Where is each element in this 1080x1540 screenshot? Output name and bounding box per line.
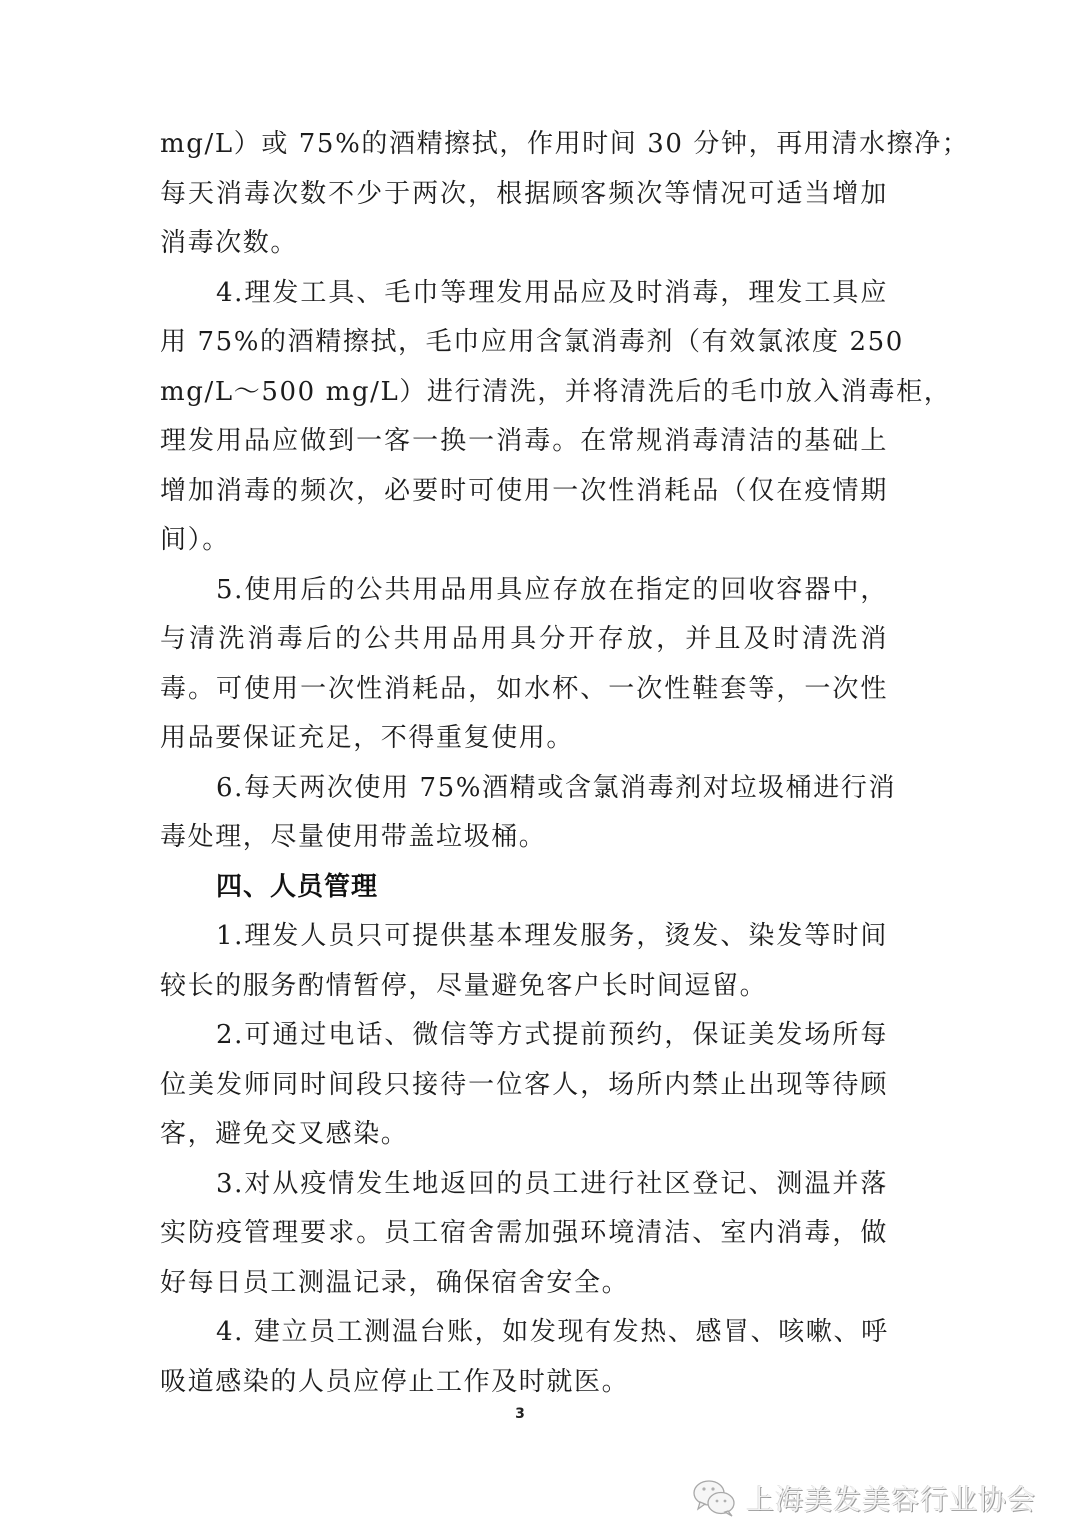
text-line: 每天消毒次数不少于两次，根据顾客频次等情况可适当增加 — [160, 170, 888, 220]
paragraph-personnel-item-4: 4. 建立员工测温台账，如发现有发热、感冒、咳嗽、呼 吸道感染的人员应停止工作及… — [160, 1308, 888, 1407]
text-line: 用品要保证充足，不得重复使用。 — [160, 714, 888, 764]
text-line: 较长的服务酌情暂停，尽量避免客户长时间逗留。 — [160, 962, 888, 1012]
text-line: 4. 建立员工测温台账，如发现有发热、感冒、咳嗽、呼 — [160, 1308, 888, 1358]
text-line: 毒处理，尽量使用带盖垃圾桶。 — [160, 813, 888, 863]
paragraph-item-6-trash-bins: 6.每天两次使用 75%酒精或含氯消毒剂对垃圾桶进行消 毒处理，尽量使用带盖垃圾… — [160, 764, 888, 863]
text-line: 理发用品应做到一客一换一消毒。在常规消毒清洁的基础上 — [160, 417, 888, 467]
text-line: 5.使用后的公共用品用具应存放在指定的回收容器中， — [160, 566, 888, 616]
text-line: 位美发师同时间段只接待一位客人，场所内禁止出现等待顾 — [160, 1061, 888, 1111]
text-line: 2.可通过电话、微信等方式提前预约，保证美发场所每 — [160, 1011, 888, 1061]
text-line: 与清洗消毒后的公共用品用具分开存放，并且及时清洗消 — [160, 615, 888, 665]
text-line: 客，避免交叉感染。 — [160, 1110, 888, 1160]
text-line: 3.对从疫情发生地返回的员工进行社区登记、测温并落 — [160, 1160, 888, 1210]
paragraph-personnel-item-2: 2.可通过电话、微信等方式提前预约，保证美发场所每 位美发师同时间段只接待一位客… — [160, 1011, 888, 1160]
wechat-icon — [692, 1478, 738, 1518]
document-body: mg/L）或 75%的酒精擦拭，作用时间 30 分钟，再用清水擦净； 每天消毒次… — [160, 120, 888, 1407]
text-line: 间）。 — [160, 516, 888, 566]
section-heading-personnel: 四、人员管理 — [160, 863, 888, 913]
paragraph-item-4-tools: 4.理发工具、毛巾等理发用品应及时消毒，理发工具应 用 75%的酒精擦拭，毛巾应… — [160, 269, 888, 566]
watermark: 上海美发美容行业协会 — [692, 1470, 1036, 1526]
watermark-text: 上海美发美容行业协会 — [746, 1478, 1036, 1518]
paragraph-item-5-public-items: 5.使用后的公共用品用具应存放在指定的回收容器中， 与清洗消毒后的公共用品用具分… — [160, 566, 888, 764]
text-line: 消毒次数。 — [160, 219, 888, 269]
paragraph-continuation: mg/L）或 75%的酒精擦拭，作用时间 30 分钟，再用清水擦净； 每天消毒次… — [160, 120, 888, 269]
page-number: 3 — [510, 1406, 530, 1422]
text-line: 毒。可使用一次性消耗品，如水杯、一次性鞋套等，一次性 — [160, 665, 888, 715]
paragraph-personnel-item-3: 3.对从疫情发生地返回的员工进行社区登记、测温并落 实防疫管理要求。员工宿舍需加… — [160, 1160, 888, 1309]
text-line: 6.每天两次使用 75%酒精或含氯消毒剂对垃圾桶进行消 — [160, 764, 888, 814]
text-line: 实防疫管理要求。员工宿舍需加强环境清洁、室内消毒，做 — [160, 1209, 888, 1259]
text-line: 好每日员工测温记录，确保宿舍安全。 — [160, 1259, 888, 1309]
text-line: 用 75%的酒精擦拭，毛巾应用含氯消毒剂（有效氯浓度 250 — [160, 318, 888, 368]
text-line: 增加消毒的频次，必要时可使用一次性消耗品（仅在疫情期 — [160, 467, 888, 517]
text-line: 吸道感染的人员应停止工作及时就医。 — [160, 1358, 888, 1408]
text-line: mg/L）或 75%的酒精擦拭，作用时间 30 分钟，再用清水擦净； — [160, 120, 888, 170]
text-line: 4.理发工具、毛巾等理发用品应及时消毒，理发工具应 — [160, 269, 888, 319]
paragraph-personnel-item-1: 1.理发人员只可提供基本理发服务，烫发、染发等时间 较长的服务酌情暂停，尽量避免… — [160, 912, 888, 1011]
text-line: mg/L～500 mg/L）进行清洗，并将清洗后的毛巾放入消毒柜， — [160, 368, 888, 418]
text-line: 1.理发人员只可提供基本理发服务，烫发、染发等时间 — [160, 912, 888, 962]
document-page: mg/L）或 75%的酒精擦拭，作用时间 30 分钟，再用清水擦净； 每天消毒次… — [0, 0, 1080, 1540]
